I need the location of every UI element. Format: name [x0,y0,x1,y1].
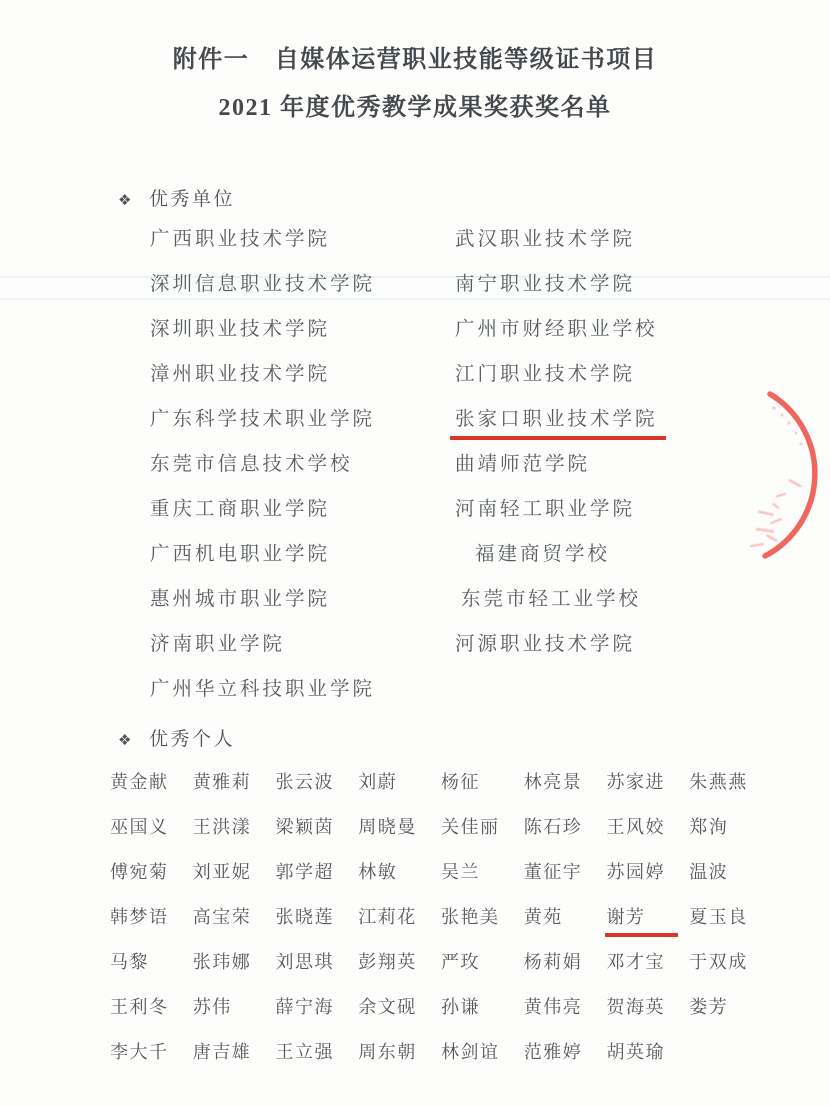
person-name: 刘亚妮 [193,860,276,905]
person-name: 范雅婷 [524,1040,607,1085]
unit-name: 深圳信息职业技术学院 [150,273,375,297]
person-name: 孙谦 [441,995,524,1040]
person-name: 黄伟亮 [524,995,607,1040]
unit-name: 重庆工商职业学院 [150,498,330,522]
individuals-section-heading: ❖优秀个人 [118,724,235,751]
person-name: 贺海英 [607,995,690,1040]
person-name: 周东朝 [358,1040,441,1085]
person-name: 董征宇 [524,860,607,905]
unit-row: 惠州城市职业学院 东莞市轻工业学校 [0,588,830,633]
name-row: 傅宛菊 刘亚妮 郭学超 林敏 吴兰 董征宇 苏园婷 温波 [110,860,772,905]
person-name: 马黎 [110,950,193,995]
unit-name: 惠州城市职业学院 [150,588,330,612]
person-name: 苏伟 [193,995,276,1040]
person-name: 杨征 [441,770,524,815]
person-name: 杨莉娟 [524,950,607,995]
unit-name: 东莞市轻工业学校 [461,588,641,612]
unit-name: 广州市财经职业学校 [455,318,658,342]
unit-name: 广西职业技术学院 [150,228,330,252]
person-name: 郑洵 [689,815,772,860]
person-name: 严玫 [441,950,524,995]
person-name: 夏玉良 [689,905,772,950]
person-name: 薛宁海 [276,995,359,1040]
person-name: 于双成 [689,950,772,995]
stamp-ink-marks [750,406,802,547]
diamond-bullet-icon: ❖ [118,191,134,209]
person-name: 梁颖茵 [276,815,359,860]
unit-name: 广东科学技术职业学院 [150,408,375,432]
unit-row: 深圳职业技术学院 广州市财经职业学校 [0,318,830,363]
name-row: 王利冬 苏伟 薛宁海 余文砚 孙谦 黄伟亮 贺海英 娄芳 [110,995,772,1040]
name-row: 巫国义 王洪漾 梁颖茵 周晓曼 关佳丽 陈石珍 王风姣 郑洵 [110,815,772,860]
person-name: 王立强 [276,1040,359,1085]
title-line-1: 附件一 自媒体运营职业技能等级证书项目 [0,36,830,84]
individuals-list: 黄金献 黄雅莉 张云波 刘蔚 杨征 林亮景 苏家进 朱燕燕 巫国义 王洪漾 梁颖… [110,770,772,1085]
person-name: 陈石珍 [524,815,607,860]
person-name: 邓才宝 [607,950,690,995]
person-name: 吴兰 [441,860,524,905]
unit-name: 河源职业技术学院 [455,633,635,657]
unit-name: 江门职业技术学院 [455,363,635,387]
scanned-document-page: 附件一 自媒体运营职业技能等级证书项目 2021 年度优秀教学成果奖获奖名单 ❖… [0,0,830,1106]
units-heading-label: 优秀单位 [149,189,235,210]
person-name: 林亮景 [524,770,607,815]
person-name: 林敏 [358,860,441,905]
person-name: 王利冬 [110,995,193,1040]
person-name: 胡英瑜 [607,1040,690,1085]
unit-name: 河南轻工职业学院 [455,498,635,522]
person-name: 朱燕燕 [689,770,772,815]
unit-name: 济南职业学院 [150,633,285,657]
person-name: 苏园婷 [607,860,690,905]
person-name: 刘蔚 [358,770,441,815]
document-title: 附件一 自媒体运营职业技能等级证书项目 2021 年度优秀教学成果奖获奖名单 [0,36,830,132]
person-name: 张玮娜 [193,950,276,995]
person-name: 娄芳 [689,995,772,1040]
title-line-2: 2021 年度优秀教学成果奖获奖名单 [0,84,830,132]
person-name: 关佳丽 [441,815,524,860]
red-stamp [638,374,830,574]
unit-row: 广西职业技术学院 武汉职业技术学院 [0,228,830,273]
person-name: 王洪漾 [193,815,276,860]
person-name: 傅宛菊 [110,860,193,905]
person-name-red-underlined: 谢芳 [607,905,690,950]
person-name: 黄金献 [110,770,193,815]
unit-name: 福建商贸学校 [475,543,610,567]
unit-name: 曲靖师范学院 [455,453,590,477]
name-row: 李大千 唐吉雄 王立强 周东朝 林剑谊 范雅婷 胡英瑜 [110,1040,772,1085]
individuals-heading-label: 优秀个人 [149,729,235,750]
unit-name: 深圳职业技术学院 [150,318,330,342]
person-name: 刘思琪 [276,950,359,995]
unit-name: 漳州职业技术学院 [150,363,330,387]
person-name: 张艳美 [441,905,524,950]
person-name [689,1040,772,1085]
unit-name: 广州华立科技职业学院 [150,678,375,702]
person-name: 苏家进 [607,770,690,815]
person-name: 林剑谊 [441,1040,524,1085]
unit-row: 深圳信息职业技术学院 南宁职业技术学院 [0,273,830,318]
unit-name: 东莞市信息技术学校 [150,453,353,477]
unit-name: 武汉职业技术学院 [455,228,635,252]
person-name: 黄苑 [524,905,607,950]
person-name: 周晓曼 [358,815,441,860]
person-name: 温波 [689,860,772,905]
diamond-bullet-icon: ❖ [118,731,134,749]
name-row: 黄金献 黄雅莉 张云波 刘蔚 杨征 林亮景 苏家进 朱燕燕 [110,770,772,815]
person-name: 余文砚 [358,995,441,1040]
unit-name: 南宁职业技术学院 [455,273,635,297]
red-underline: 谢芳 [605,905,678,937]
person-name: 黄雅莉 [193,770,276,815]
name-row: 韩梦语 高宝荣 张晓莲 江莉花 张艳美 黄苑 谢芳 夏玉良 [110,905,772,950]
person-name: 张晓莲 [276,905,359,950]
red-underline: 张家口职业技术学院 [450,408,666,440]
person-name: 唐吉雄 [193,1040,276,1085]
person-name: 高宝荣 [193,905,276,950]
unit-row: 广州华立科技职业学院 [0,678,830,723]
person-name: 韩梦语 [110,905,193,950]
person-name: 郭学超 [276,860,359,905]
person-name: 王风姣 [607,815,690,860]
unit-name-red-underlined: 张家口职业技术学院 [455,408,666,440]
person-name: 李大千 [110,1040,193,1085]
units-section-heading: ❖优秀单位 [118,184,235,211]
unit-row: 济南职业学院 河源职业技术学院 [0,633,830,678]
person-name: 巫国义 [110,815,193,860]
person-name: 江莉花 [358,905,441,950]
person-name: 彭翔英 [358,950,441,995]
person-name: 张云波 [276,770,359,815]
unit-name: 广西机电职业学院 [150,543,330,567]
name-row: 马黎 张玮娜 刘思琪 彭翔英 严玫 杨莉娟 邓才宝 于双成 [110,950,772,995]
